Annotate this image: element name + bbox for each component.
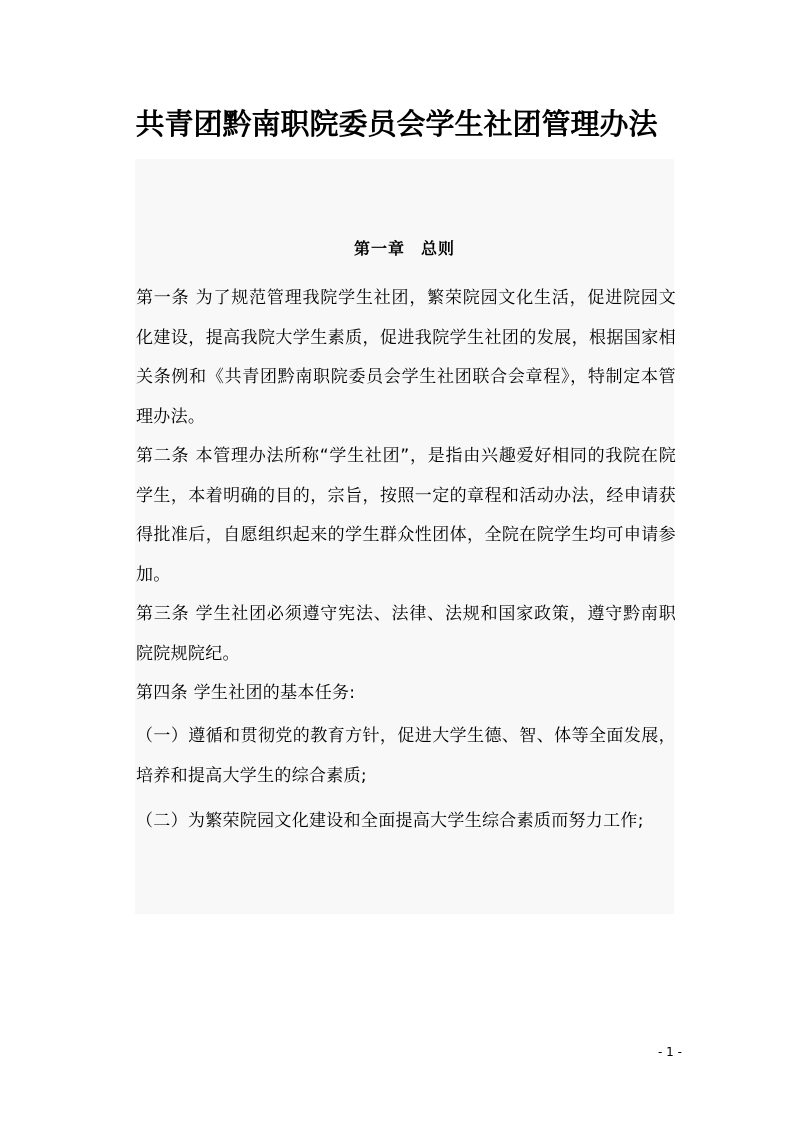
chapter-number: 第一章 [354,239,405,258]
page-number: - 1 - [640,1044,700,1060]
document-body: 第一章总则 第一条 为了规范管理我院学生社团，繁荣院园文化生活，促进院园文化建设… [135,159,674,914]
task-1-paragraph: （一）遵循和贯彻党的教育方针，促进大学生德、智、体等全面发展，培养和提高大学生的… [136,717,676,796]
chapter-heading: 第一章总则 [135,237,674,261]
task-2-paragraph: （二）为繁荣院园文化建设和全面提高大学生综合素质而努力工作; [136,802,676,842]
article-3-paragraph: 第三条 学生社团必须遵守宪法、法律、法规和国家政策，遵守黔南职院院规院纪。 [136,595,676,674]
chapter-name: 总则 [421,239,455,258]
article-4-paragraph: 第四条 学生社团的基本任务: [136,674,676,714]
article-1-paragraph: 第一条 为了规范管理我院学生社团，繁荣院园文化生活，促进院园文化建设，提高我院大… [136,279,676,437]
article-2-paragraph: 第二条 本管理办法所称“学生社团”，是指由兴趣爱好相同的我院在院学生，本着明确的… [136,437,676,595]
document-title: 共青团黔南职院委员会学生社团管理办法 [0,104,793,144]
